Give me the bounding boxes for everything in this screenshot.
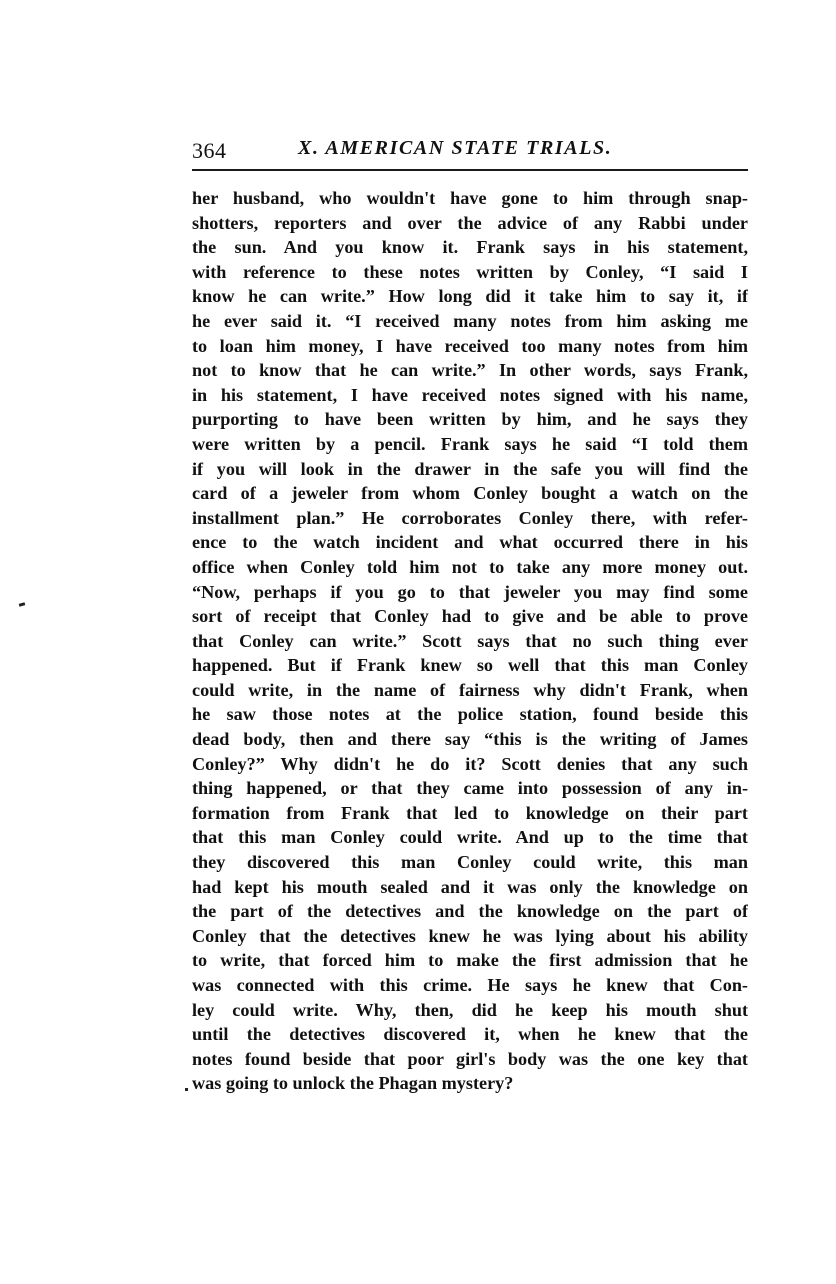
text-line-last: was going to unlock the Phagan mystery? bbox=[192, 1071, 748, 1096]
text-line: happened. But if Frank knew so well that… bbox=[192, 653, 748, 678]
text-line: they discovered this man Conley could wr… bbox=[192, 850, 748, 875]
text-line: if you will look in the drawer in the sa… bbox=[192, 457, 748, 482]
running-head: 364 X. AMERICAN STATE TRIALS. bbox=[192, 136, 748, 166]
margin-mark bbox=[19, 602, 26, 606]
text-line: notes found beside that poor girl's body… bbox=[192, 1047, 748, 1072]
text-line: office when Conley told him not to take … bbox=[192, 555, 748, 580]
text-line: thing happened, or that they came into p… bbox=[192, 776, 748, 801]
text-line: in his statement, I have received notes … bbox=[192, 383, 748, 408]
text-line: was connected with this crime. He says h… bbox=[192, 973, 748, 998]
text-line: could write, in the name of fairness why… bbox=[192, 678, 748, 703]
body-text: her husband, who wouldn't have gone to h… bbox=[192, 186, 748, 1096]
text-line: not to know that he can write.” In other… bbox=[192, 358, 748, 383]
text-line: that Conley can write.” Scott says that … bbox=[192, 629, 748, 654]
text-line: he ever said it. “I received many notes … bbox=[192, 309, 748, 334]
page-number: 364 bbox=[192, 138, 227, 164]
text-line: installment plan.” He corroborates Conle… bbox=[192, 506, 748, 531]
text-line: “Now, perhaps if you go to that jeweler … bbox=[192, 580, 748, 605]
book-page: 364 X. AMERICAN STATE TRIALS. her husban… bbox=[0, 0, 836, 1284]
text-line: shotters, reporters and over the advice … bbox=[192, 211, 748, 236]
text-line: formation from Frank that led to knowled… bbox=[192, 801, 748, 826]
header-rule bbox=[192, 169, 748, 171]
text-line: her husband, who wouldn't have gone to h… bbox=[192, 186, 748, 211]
text-line: with reference to these notes written by… bbox=[192, 260, 748, 285]
text-line: had kept his mouth sealed and it was onl… bbox=[192, 875, 748, 900]
text-line: dead body, then and there say “this is t… bbox=[192, 727, 748, 752]
text-line: know he can write.” How long did it take… bbox=[192, 284, 748, 309]
text-line: he saw those notes at the police station… bbox=[192, 702, 748, 727]
text-line: Conley that the detectives knew he was l… bbox=[192, 924, 748, 949]
text-line: purporting to have been written by him, … bbox=[192, 407, 748, 432]
text-line: ley could write. Why, then, did he keep … bbox=[192, 998, 748, 1023]
text-line: card of a jeweler from whom Conley bough… bbox=[192, 481, 748, 506]
text-line: the part of the detectives and the knowl… bbox=[192, 899, 748, 924]
running-title: X. AMERICAN STATE TRIALS. bbox=[298, 137, 612, 160]
text-line: to loan him money, I have received too m… bbox=[192, 334, 748, 359]
text-line: sort of receipt that Conley had to give … bbox=[192, 604, 748, 629]
stray-dot-mark bbox=[185, 1088, 188, 1091]
text-line: Conley?” Why didn't he do it? Scott deni… bbox=[192, 752, 748, 777]
text-line: until the detectives discovered it, when… bbox=[192, 1022, 748, 1047]
text-line: to write, that forced him to make the fi… bbox=[192, 948, 748, 973]
text-line: the sun. And you know it. Frank says in … bbox=[192, 235, 748, 260]
text-line: that this man Conley could write. And up… bbox=[192, 825, 748, 850]
text-line: were written by a pencil. Frank says he … bbox=[192, 432, 748, 457]
text-line: ence to the watch incident and what occu… bbox=[192, 530, 748, 555]
